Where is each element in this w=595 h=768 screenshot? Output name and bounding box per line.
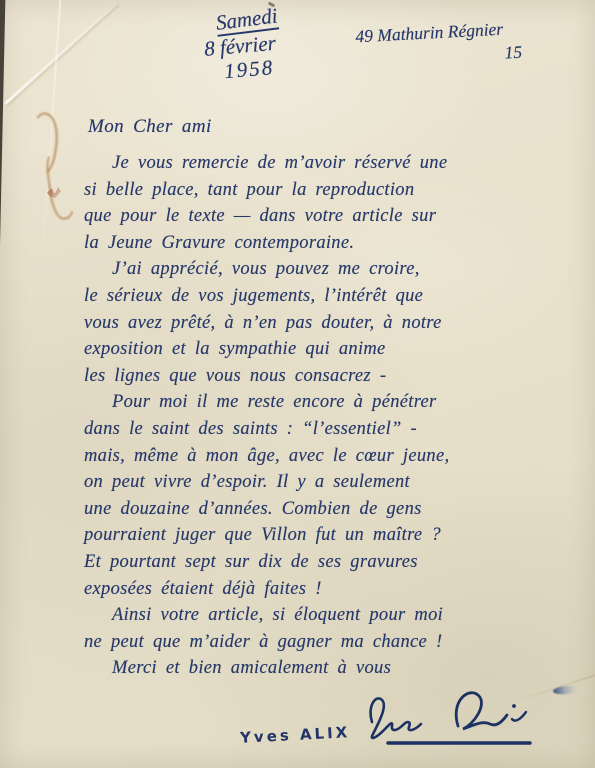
body-line: les lignes que vous nous consacrez - — [84, 363, 576, 390]
rust-stain — [43, 148, 80, 221]
body-line: la Jeune Gravure contemporaine. — [84, 230, 576, 257]
body-line: une douzaine d’années. Combien de gens — [84, 496, 576, 523]
body-line: mais, même à mon âge, avec le cœur jeune… — [84, 443, 576, 470]
address-street: 49 Mathurin Régnier — [355, 16, 522, 49]
body-line: Ainsi votre article, si éloquent pour mo… — [84, 602, 576, 629]
body-line: Pour moi il me reste encore à pénétrer — [84, 389, 576, 416]
paper-crease — [4, 2, 117, 105]
body-line: le sérieux de vos jugements, l’intérêt q… — [84, 283, 576, 310]
body-line: Et pourtant sept sur dix de ses gravures — [84, 549, 576, 576]
address-block: 49 Mathurin Régnier 15 — [355, 16, 523, 73]
body-line: exposition et la sympathie qui anime — [84, 336, 576, 363]
signature-stroke — [362, 686, 538, 750]
address-arrondissement: 15 — [504, 40, 523, 65]
body-line: on peut vivre d’espoir. Il y a seulement — [84, 469, 576, 496]
body-line: exposées étaient déjà faites ! — [84, 576, 576, 603]
date-block: Samedi 8 février 1958 — [193, 4, 283, 85]
salutation: Mon Cher ami — [88, 116, 212, 138]
signature-autograph — [362, 686, 538, 750]
body-line: dans le saint des saints : “l’essentiel”… — [84, 416, 576, 443]
body-line: Merci et bien amicalement à vous — [84, 655, 576, 682]
letter-paper: Samedi 8 février 1958 49 Mathurin Régnie… — [0, 0, 595, 768]
body-line: pourraient juger que Villon fut un maîtr… — [84, 522, 576, 549]
body-line: que pour le texte — dans votre article s… — [84, 203, 576, 230]
ink-smudge — [553, 685, 580, 696]
letter-scan: Samedi 8 février 1958 49 Mathurin Régnie… — [0, 0, 595, 768]
body-line: Je vous remercie de m’avoir réservé une — [84, 150, 576, 177]
date-year: 1958 — [223, 54, 283, 83]
body-line: ne peut que m’aider à gagner ma chance ! — [84, 629, 576, 656]
letter-body: Je vous remercie de m’avoir réservé une … — [84, 150, 576, 682]
body-line: si belle place, tant pour la reproductio… — [84, 177, 576, 204]
body-line: vous avez prêté, à n’en pas douter, à no… — [84, 310, 576, 337]
body-line: J’ai apprécié, vous pouvez me croire, — [84, 256, 576, 283]
printed-name: Yves ALIX — [240, 723, 351, 747]
